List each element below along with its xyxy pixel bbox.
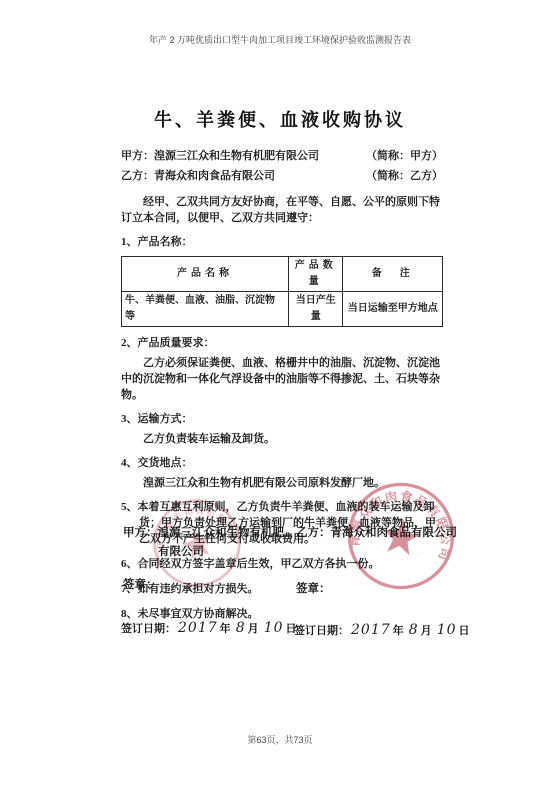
party-b-date-month: 8: [407, 622, 421, 638]
party-a-date-month: 8: [234, 620, 248, 636]
party-a-date-label: 签订日期：: [121, 623, 176, 635]
clause-4-no: 4、: [121, 457, 138, 469]
party-b-day-unit: 日: [459, 625, 470, 637]
party-a-row: 甲方：湟源三江众和生物有机肥有限公司 （简称：甲方）: [121, 146, 443, 166]
party-b-short: （简称：乙方）: [366, 166, 443, 186]
clause-1-no: 1、: [121, 236, 138, 248]
col-product-name: 产品名称: [122, 257, 289, 292]
party-b-name: 乙方：青海众和肉食品有限公司: [121, 166, 275, 186]
party-a-short: （简称：甲方）: [366, 146, 443, 166]
star-icon: [380, 517, 421, 557]
party-a-date-line: 签订日期：2017年 8月 10日: [121, 620, 297, 636]
document-page: 年产 2 万吨优质出口型牛肉加工项目竣工环境保护验收监测报告表 牛、羊粪便、血液…: [0, 0, 560, 791]
clause-2-text: 产品质量要求：: [138, 337, 215, 349]
clause-2-no: 2、: [121, 337, 138, 349]
party-a-year-unit: 年: [220, 623, 231, 635]
col-remarks: 备 注: [343, 257, 443, 292]
party-b-date-line: 签订日期：2017年 8月 10日: [294, 622, 470, 638]
report-header: 年产 2 万吨优质出口型牛肉加工项目竣工环境保护验收监测报告表: [0, 33, 560, 46]
party-b-date-year: 2017: [349, 622, 393, 638]
party-a-name: 甲方：湟源三江众和生物有机肥有限公司: [121, 146, 319, 166]
clause-5-no: 5、: [121, 501, 138, 513]
agreement-title: 牛、羊粪便、血液收购协议: [0, 106, 560, 132]
clause-3-text: 运输方式：: [138, 413, 193, 425]
party-b-row: 乙方：青海众和肉食品有限公司 （简称：乙方）: [121, 166, 443, 186]
cell-remarks: 当日运输至甲方地点: [343, 292, 443, 327]
party-a-date-day: 10: [262, 620, 286, 636]
party-b-company-stamp: 青海众和肉食品有限公司 · · · · · · · · · · · · ·: [337, 472, 465, 600]
clause-4-text: 交货地点：: [138, 457, 193, 469]
party-b-year-unit: 年: [393, 625, 404, 637]
party-b-month-unit: 月: [421, 625, 432, 637]
intro-paragraph: 经甲、乙双共同方友好协商，在平等、自愿、公平的原则下特订立本合同，以便甲、乙双方…: [121, 194, 443, 226]
clause-2: 2、产品质量要求：: [121, 335, 443, 351]
product-table: 产品名称 产品数量 备 注 牛、羊粪便、血液、油脂、沉淀物等 当日产生量 当日运…: [121, 256, 443, 327]
clause-8-text: 未尽事宜双方协商解决。: [138, 608, 259, 620]
party-a-month-unit: 月: [248, 623, 259, 635]
clause-8-no: 8、: [121, 608, 138, 620]
clause-4: 4、交货地点：: [121, 455, 443, 471]
party-b-date-label: 签订日期：: [294, 625, 349, 637]
table-row: 牛、羊粪便、血液、油脂、沉淀物等 当日产生量 当日运输至甲方地点: [122, 292, 443, 327]
party-a-seal-label: 签章：: [123, 576, 158, 592]
clause-3-no: 3、: [121, 413, 138, 425]
party-a-date-year: 2017: [176, 620, 220, 636]
party-b-seal-label: 签章：: [296, 580, 331, 596]
clause-1-text: 产品名称：: [138, 236, 193, 248]
party-b-date-day: 10: [435, 622, 459, 638]
clause-1: 1、产品名称：: [121, 234, 443, 250]
page-number: 第63页，共73页: [0, 733, 560, 746]
product-table-header-row: 产品名称 产品数量 备 注: [122, 257, 443, 292]
col-product-quantity: 产品数量: [288, 257, 343, 292]
cell-product-quantity: 当日产生量: [288, 292, 343, 327]
clause-3-body: 乙方负责装车运输及卸货。: [121, 431, 443, 447]
clause-2-body: 乙方必须保证粪便、血液、格栅井中的油脂、沉淀物、沉淀池中的沉淀物和一体化气浮设备…: [121, 355, 443, 403]
clause-3: 3、运输方式：: [121, 411, 443, 427]
star-icon: [179, 526, 215, 561]
cell-product-name: 牛、羊粪便、血液、油脂、沉淀物等: [122, 292, 289, 327]
